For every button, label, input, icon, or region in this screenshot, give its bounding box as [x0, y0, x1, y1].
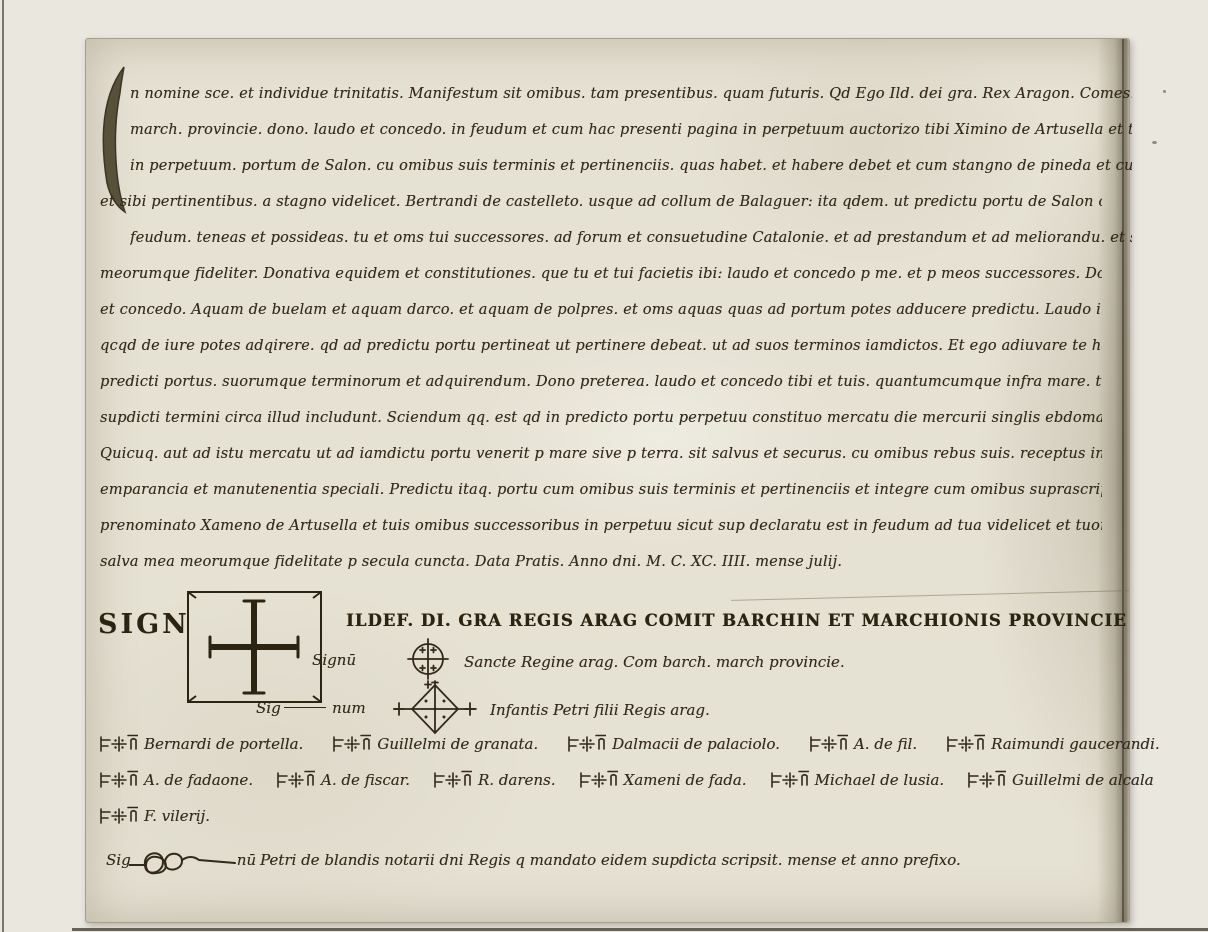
manuscript-line: et concedo. Aquam de buelam et aquam dar…: [100, 302, 1102, 324]
infant-sign-label-pre: Sig: [256, 699, 281, 717]
witness-row: F. vilerij.: [98, 805, 1089, 827]
charter-photo: n nomine sce. et individue trinitatis. M…: [0, 0, 1208, 932]
witness-cross-signum-icon: [566, 733, 606, 755]
witness-name: Michael de lusia.: [815, 771, 945, 789]
witness-name: A. de fil.: [854, 735, 917, 753]
witness-cross-signum-icon: [432, 769, 472, 791]
witness-row: A. de fadaone. A. de fiscar. R. darens. …: [98, 769, 1089, 791]
witness-name: Dalmacii de palaciolo.: [612, 735, 780, 753]
witness-entry: A. de fadaone.: [98, 769, 253, 791]
parchment-crease: [731, 590, 1129, 601]
manuscript-line: emparancia et manutenentia speciali. Pre…: [100, 482, 1102, 504]
witness-name: Guillelmi de alcala: [1012, 771, 1154, 789]
manuscript-line: n nomine sce. et individue trinitatis. M…: [130, 86, 1132, 108]
witness-entry: Raimundi gaucerandi.: [945, 733, 1160, 755]
witness-cross-signum-icon: [98, 733, 138, 755]
manuscript-line: meorumque fideliter. Donativa equidem et…: [100, 266, 1102, 288]
witness-cross-signum-icon: [966, 769, 1006, 791]
manuscript-line: feudum. teneas et possideas. tu et oms t…: [130, 230, 1132, 252]
witness-entry: R. darens.: [432, 769, 556, 791]
manuscript-line: prenominato Xameno de Artusella et tuis …: [100, 518, 1102, 540]
witness-name: Guillelmi de granata.: [377, 735, 538, 753]
witness-name: F. vilerij.: [144, 807, 210, 825]
witness-cross-signum-icon: [808, 733, 848, 755]
witness-cross-signum-icon: [98, 805, 138, 827]
manuscript-line: salva mea meorumque fidelitate p secula …: [100, 554, 842, 576]
witness-cross-signum-icon: [275, 769, 315, 791]
infant-sign-label-post: num: [332, 699, 366, 717]
witness-entry: A. de fiscar.: [275, 769, 410, 791]
witness-name: A. de fiscar.: [321, 771, 410, 789]
mount-speck: [1163, 90, 1166, 93]
queen-sign-label: Signū: [312, 651, 356, 669]
infant-lozenge-signum-icon: [392, 679, 478, 737]
manuscript-line: predicti portus. suorumque terminorum et…: [100, 374, 1102, 396]
witness-cross-signum-icon: [769, 769, 809, 791]
notary-knot-signum-icon: [129, 843, 237, 885]
witness-cross-signum-icon: [578, 769, 618, 791]
witness-name: A. de fadaone.: [144, 771, 253, 789]
witness-cross-signum-icon: [945, 733, 985, 755]
royal-cross-signum-icon: [184, 587, 326, 707]
witness-cross-signum-icon: [98, 769, 138, 791]
witness-name: Xameni de fada.: [624, 771, 747, 789]
photo-left-edge: [2, 0, 4, 932]
manuscript-line: march. provincie. dono. laudo et concedo…: [130, 122, 1132, 144]
notary-text: Petri de blandis notarii dni Regis q man…: [260, 851, 961, 869]
notary-label-pre: Sig: [106, 851, 131, 869]
witness-entry: Guillelmi de alcala: [966, 769, 1154, 791]
manuscript-line: supdicti termini circa illud includunt. …: [100, 410, 1102, 432]
manuscript-line: in perpetuum. portum de Salon. cu omibus…: [130, 158, 1132, 180]
royal-sign-word: SIGN: [98, 609, 190, 640]
manuscript-line: et sibi pertinentibus. a stagno videlice…: [100, 194, 1102, 216]
witness-entry: Bernardi de portella.: [98, 733, 303, 755]
notary-row: Sig nū Petri de blandis notarii dni Regi…: [102, 843, 961, 877]
witness-cross-signum-icon: [331, 733, 371, 755]
witness-row: Bernardi de portella. Guillelmi de grana…: [98, 733, 1089, 755]
witness-entry: Xameni de fada.: [578, 769, 747, 791]
infant-sign-text: Infantis Petri filii Regis arag.: [490, 701, 710, 719]
witness-entry: Dalmacii de palaciolo.: [566, 733, 780, 755]
witness-name: R. darens.: [478, 771, 556, 789]
witness-entry: A. de fil.: [808, 733, 917, 755]
photo-bottom-edge: [72, 928, 1208, 931]
manuscript-line: qcqd de iure potes adqirere. qd ad predi…: [100, 338, 1102, 360]
witness-entry: Michael de lusia.: [769, 769, 945, 791]
witness-entry: Guillelmi de granata.: [331, 733, 538, 755]
witness-name: Bernardi de portella.: [144, 735, 303, 753]
manuscript-line: Quicuq. aut ad istu mercatu ut ad iamdic…: [100, 446, 1102, 468]
royal-titulature: ILDEF. DI. GRA REGIS ARAG COMIT BARCHIN …: [346, 611, 966, 630]
witness-entry: F. vilerij.: [98, 805, 210, 827]
initial-letter-icon: [94, 63, 130, 215]
parchment: n nomine sce. et individue trinitatis. M…: [85, 38, 1130, 923]
mount-speck: [1152, 141, 1157, 144]
notary-label-post: nū: [237, 851, 256, 869]
witness-name: Raimundi gaucerandi.: [991, 735, 1160, 753]
queen-sign-text: Sancte Regine arag. Com barch. march pro…: [464, 653, 845, 671]
signum-connector: [284, 707, 326, 708]
